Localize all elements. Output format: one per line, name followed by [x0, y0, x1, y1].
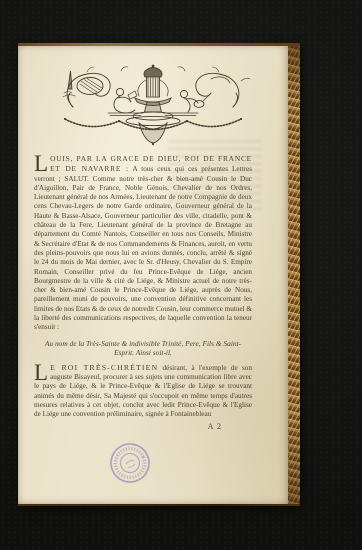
drop-cap-initial: L	[34, 363, 50, 382]
drop-cap-initial: L	[34, 154, 50, 173]
book-page: LOUIS, PAR LA GRACE DE DIEU, ROI DE FRAN…	[18, 43, 300, 506]
preamble-body-text: A tous ceux qui ces présentes Lettres ve…	[34, 165, 252, 331]
roi-tres-chretien-opening: E ROI TRÈS-CHRÉTIEN	[50, 363, 158, 372]
paper-sheet: LOUIS, PAR LA GRACE DE DIEU, ROI DE FRAN…	[18, 43, 288, 506]
page-bottom-edge	[18, 504, 300, 506]
scan-background: LOUIS, PAR LA GRACE DE DIEU, ROI DE FRAN…	[0, 0, 362, 550]
library-stamp-icon	[101, 434, 159, 492]
page-top-edge	[18, 43, 300, 46]
convention-opening-paragraph: LE ROI TRÈS-CHRÉTIEN désirant, à l'exemp…	[34, 363, 252, 420]
trinity-invocation: Au nom de la Très-Sainte & indivisible T…	[38, 339, 248, 358]
royal-preamble-paragraph: LOUIS, PAR LA GRACE DE DIEU, ROI DE FRAN…	[34, 154, 252, 333]
marbled-fore-edge	[288, 43, 300, 506]
signature-mark: A 2	[34, 422, 222, 431]
letterpress-text-block: LOUIS, PAR LA GRACE DE DIEU, ROI DE FRAN…	[34, 154, 252, 432]
headpiece-engraving-icon	[51, 63, 255, 147]
